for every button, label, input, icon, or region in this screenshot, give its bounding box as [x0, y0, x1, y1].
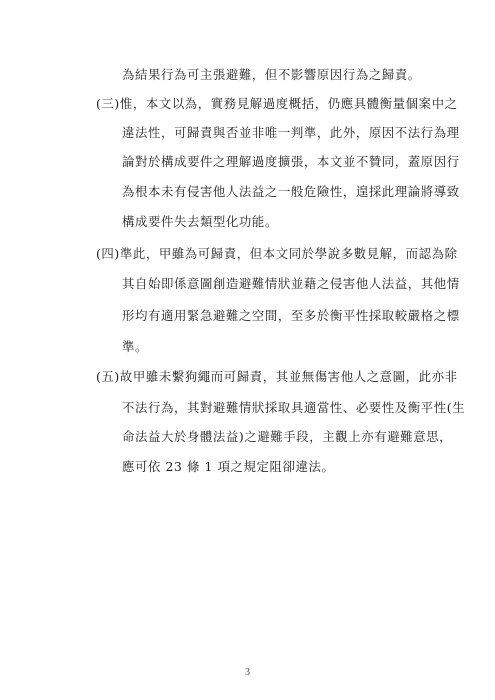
page-number: 3: [0, 667, 495, 678]
text-line: 不法行為，其對避難情狀採取具適當性、必要性及衡平性(生: [122, 400, 465, 416]
text-line: (四)準此，甲雖為可歸責，但本文同於學說多數見解，而認為除: [96, 246, 458, 262]
text-line: 準。: [122, 339, 148, 355]
text-line: 構成要件失去類型化功能。: [122, 214, 278, 230]
text-line: (五)故甲雖未繫狗繩而可歸責，其並無傷害他人之意圖，此亦非: [96, 369, 458, 385]
text-line: 應可依 23 條 1 項之規定阻卻違法。: [122, 459, 334, 475]
text-line: 論對於構成要件之理解過度擴張，本文並不贊同，蓋原因行: [122, 154, 460, 170]
text-line: (三)惟，本文以為，實務見解過度概括，仍應具體衡量個案中之: [96, 96, 458, 112]
text-line: 形均有適用緊急避難之空間，至多於衡平性採取較嚴格之標: [122, 308, 460, 324]
text-line: 為根本未有侵害他人法益之一般危險性，遑採此理論將導致: [122, 184, 460, 200]
text-line: 命法益大於身體法益)之避難手段，主觀上亦有避難意思，: [122, 429, 452, 445]
text-line: 為結果行為可主張避難，但不影響原因行為之歸責。: [122, 67, 421, 83]
text-line: 其自始即係意圖創造避難情狀並藉之侵害他人法益，其他情: [122, 276, 460, 292]
text-line: 違法性，可歸責與否並非唯一判準，此外，原因不法行為理: [122, 125, 460, 141]
